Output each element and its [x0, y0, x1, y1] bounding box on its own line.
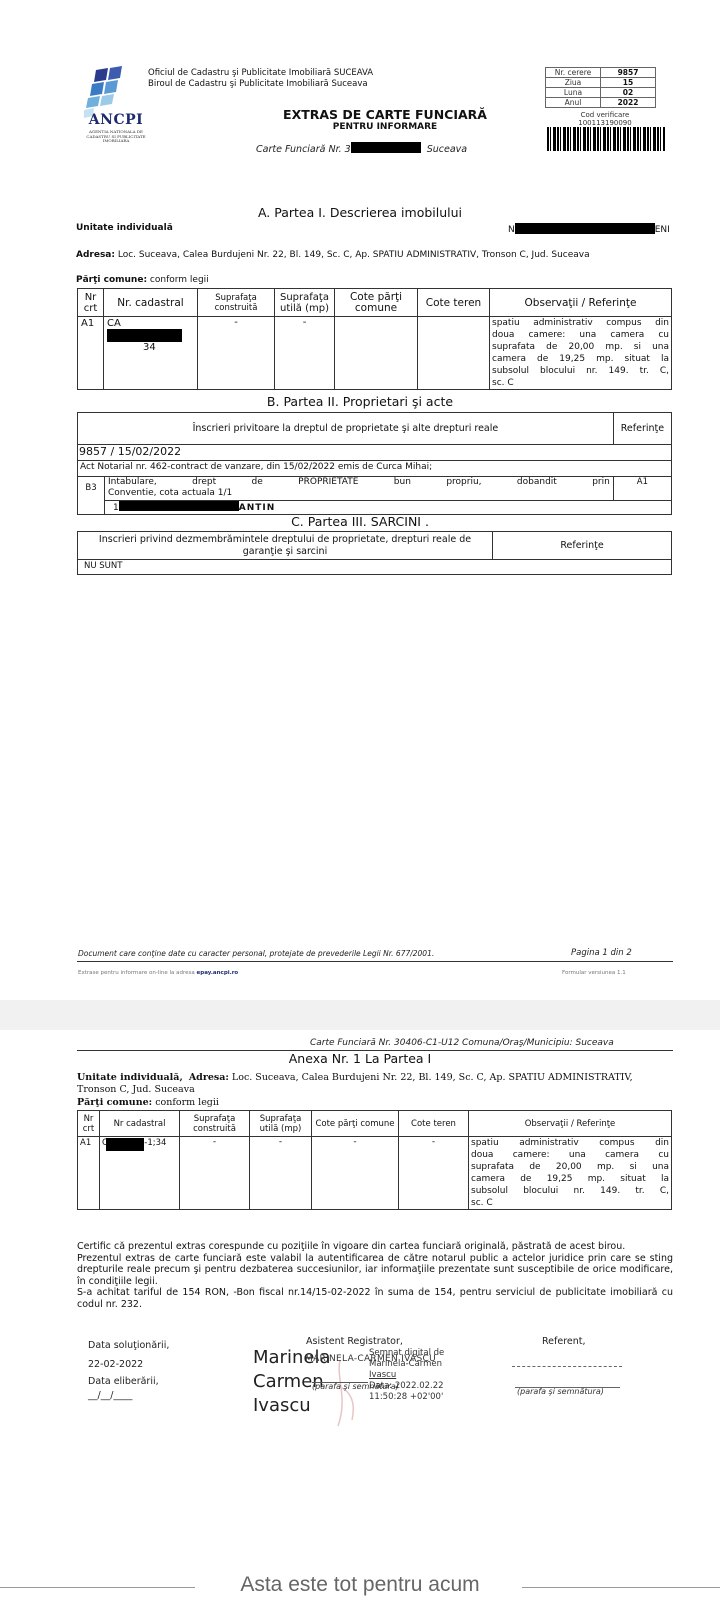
part-a-table: Nr crt Nr. cadastral Suprafaţa construit…: [77, 288, 672, 390]
obs-line: subsolul blocului nr. 149. tr. C,: [490, 365, 671, 377]
cell-cadastral: CA 34: [104, 317, 198, 390]
certification-text: Certific că prezentul extras corespunde …: [77, 1241, 673, 1310]
col-header: Nr. cadastral: [104, 289, 198, 317]
stamp-line: Ivascu: [369, 1370, 444, 1381]
obs-line: camera de 19,25 mp. situat la: [469, 1173, 671, 1185]
req-value: 2022: [601, 98, 656, 108]
cf-header: Carte Funciară Nr. 30406-C1-U12 Comuna/O…: [310, 1038, 614, 1048]
entry-ref: A1: [613, 477, 671, 501]
col-header: Suprafaţa construită: [180, 1111, 250, 1137]
redaction-bar: [515, 223, 655, 234]
cf-number-line: Carte Funciară Nr. 3Suceava: [256, 142, 467, 155]
unit-label: Unitate individuală,: [77, 1072, 183, 1083]
address-label: Adresa:: [76, 250, 115, 260]
office-line-2: Biroul de Cadastru şi Publicitate Imobil…: [148, 79, 373, 90]
cell-cadastral: CAD-1;34: [100, 1137, 180, 1210]
stamp-line: 11:50:28 +02'00': [369, 1392, 444, 1403]
ancpi-logo-mark-icon: [84, 66, 128, 118]
banner-text: Asta este tot pentru acum: [0, 1573, 720, 1597]
certify-paragraph: Certific că prezentul extras corespunde …: [77, 1241, 673, 1253]
logo-text: ANCPI: [78, 112, 154, 128]
part-c-table: Inscrieri privind dezmembrămintele drept…: [77, 531, 672, 575]
cell-nr: A1: [78, 1137, 100, 1210]
privacy-note: Document care conţine date cu caracter p…: [78, 949, 434, 958]
notarial-act: Act Notarial nr. 462-contract de vanzare…: [78, 461, 672, 477]
referent-line-1: [512, 1366, 622, 1367]
data-solutionarii-label: Data soluţionării,: [88, 1336, 169, 1355]
common-label: Părţi comune:: [76, 275, 147, 285]
cadastral-suffix: 34: [107, 342, 194, 353]
cell-cote-teren: [418, 317, 490, 390]
entry-id: B3: [78, 477, 105, 515]
req-key: Anul: [546, 98, 601, 108]
validity-paragraph: Prezentul extras de carte funciară este …: [77, 1253, 673, 1288]
document-subtitle: PENTRU INFORMARE: [240, 122, 530, 132]
request-info-table: Nr. cerere9857 Ziua15 Luna02 Anul2022: [545, 67, 656, 108]
part-b-title: B. Partea II. Proprietari şi acte: [0, 394, 720, 409]
payment-paragraph: S-a achitat tariful de 154 RON, -Bon fis…: [77, 1287, 673, 1310]
epay-link[interactable]: epay.ancpi.ro: [197, 970, 239, 976]
req-value: 15: [601, 78, 656, 88]
common-value: conform legii: [155, 1097, 219, 1108]
col-refs: Referinţe: [613, 413, 671, 445]
cell-cote-parti: [335, 317, 418, 390]
barcode: [547, 127, 665, 151]
data-eliberarii-value: __/__/____: [88, 1390, 169, 1402]
table-row: A1 CAD-1;34 - - - - spatiu administrativ…: [78, 1137, 672, 1210]
cf-prefix: Carte Funciară Nr. 3: [256, 144, 351, 155]
document-title: EXTRAS DE CARTE FUNCIARĂ: [240, 107, 530, 122]
col-header: Suprafaţa construită: [198, 289, 275, 317]
redaction-bar: [351, 142, 421, 153]
cadastral-suffix: -1;34: [144, 1138, 166, 1148]
redaction-bar: [107, 329, 182, 342]
part-b-table: Înscrieri privitoare la dreptul de propr…: [77, 412, 672, 515]
col-header: Nr cadastral: [100, 1111, 180, 1137]
cursive-line: Ivascu: [253, 1394, 330, 1418]
obs-line: suprafata de 20,00 mp. si una: [490, 341, 671, 353]
req-value: 9857: [601, 68, 656, 78]
registration-number: 9857 / 15/02/2022: [78, 445, 672, 461]
entry-text: Intabulare, drept de PROPRIETATE bun pro…: [105, 477, 614, 501]
table-row: A1 CA 34 - - spatiu administrativ compus…: [78, 317, 672, 390]
entry-line-2: Conventie, cota actuala 1/1: [108, 488, 610, 499]
col-header: Suprafaţa utilă (mp): [275, 289, 335, 317]
online-info: Extrase pentru informare on-line la adre…: [78, 970, 238, 976]
unit-label: Unitate individuală: [76, 223, 173, 233]
redaction-bar: [106, 1138, 144, 1151]
owner-row: 1ANTIN: [105, 501, 672, 515]
owner-redacted: NENI: [508, 223, 670, 235]
common-label: Părţi comune:: [77, 1097, 152, 1108]
common-parts: Părţi comune: conform legii: [77, 1097, 219, 1108]
req-key: Nr. cerere: [546, 68, 601, 78]
page-number: Pagina 1 din 2: [571, 948, 632, 958]
page-separator: [0, 1000, 720, 1030]
col-header: Cote părţi comune: [312, 1111, 399, 1137]
obs-line: suprafata de 20,00 mp. si una: [469, 1161, 671, 1173]
cell-cote-teren: -: [399, 1137, 469, 1210]
data-solutionarii-value: 22-02-2022: [88, 1355, 169, 1374]
address-value: Loc. Suceava, Calea Burdujeni Nr. 22, Bl…: [118, 250, 590, 260]
owner-prefix: N: [508, 225, 515, 235]
col-header: Nr crt: [78, 1111, 100, 1137]
cell-sup-constr: -: [180, 1137, 250, 1210]
col-header: Observaţii / Referinţe: [469, 1111, 672, 1137]
col-entries: Înscrieri privitoare la dreptul de propr…: [78, 413, 614, 445]
col-header: Observaţii / Referinţe: [490, 289, 672, 317]
logo-subtitle: AGENTIA NATIONALA DE CADASTRU SI PUBLICI…: [78, 130, 154, 144]
cell-observatii: spatiu administrativ compus din doua cam…: [490, 317, 672, 390]
col-header: Cote părţi comune: [335, 289, 418, 317]
data-eliberarii-label: Data eliberării,: [88, 1374, 169, 1390]
obs-line: subsolul blocului nr. 149. tr. C,: [469, 1185, 671, 1197]
obs-line: spatiu administrativ compus din: [490, 317, 671, 329]
form-version: Formular versiunea 1.1: [562, 970, 626, 976]
redaction-bar: [119, 501, 239, 511]
req-key: Ziua: [546, 78, 601, 88]
cadastral-prefix: CA: [107, 318, 121, 329]
common-parts: Părţi comune: conform legii: [76, 275, 209, 285]
req-value: 02: [601, 88, 656, 98]
cod-value: 100113190090: [545, 119, 665, 127]
office-names: Oficiul de Cadastru şi Publicitate Imobi…: [148, 68, 373, 90]
req-key: Luna: [546, 88, 601, 98]
cell-cote-parti: -: [312, 1137, 399, 1210]
col-header: Nr crt: [78, 289, 104, 317]
office-line-1: Oficiul de Cadastru şi Publicitate Imobi…: [148, 68, 373, 79]
col-header: Cote teren: [399, 1111, 469, 1137]
address: Adresa: Loc. Suceava, Calea Burdujeni Nr…: [76, 250, 676, 261]
stamp-line: Data: 2022.02.22: [369, 1381, 444, 1392]
cf-suffix: Suceava: [427, 144, 467, 155]
footer-divider: [77, 961, 673, 962]
obs-line: sc. C: [490, 377, 671, 389]
sarcini-value: NU SUNT: [78, 560, 672, 575]
col-header: Suprafaţa utilă (mp): [250, 1111, 312, 1137]
digital-signature-stamp: Semnat digital de Marinela-Carmen Ivascu…: [369, 1348, 444, 1403]
part-c-title: C. Partea III. SARCINI .: [0, 514, 720, 529]
entry-line-1: Intabulare, drept de PROPRIETATE bun pro…: [108, 477, 610, 488]
ancpi-logo: ANCPI AGENTIA NATIONALA DE CADASTRU SI P…: [78, 66, 154, 142]
obs-line: doua camere: una camera cu: [490, 329, 671, 341]
cell-sup-util: -: [275, 317, 335, 390]
col-entries: Inscrieri privind dezmembrămintele drept…: [78, 532, 493, 560]
address-label: Adresa:: [189, 1072, 229, 1083]
annex-table: Nr crt Nr cadastral Suprafaţa construită…: [77, 1110, 672, 1210]
stamp-line: Marinela-Carmen: [369, 1359, 444, 1370]
cell-observatii: spatiu administrativ compus din doua cam…: [469, 1137, 672, 1210]
owner-suffix: ANTIN: [239, 503, 276, 513]
col-header: Cote teren: [418, 289, 490, 317]
cell-sup-util: -: [250, 1137, 312, 1210]
referent-parafa: (parafa şi semnătura): [517, 1387, 604, 1396]
online-prefix: Extrase pentru informare on-line la adre…: [78, 970, 195, 976]
table-row: B3 Intabulare, drept de PROPRIETATE bun …: [78, 477, 672, 501]
annex-address: Unitate individuală, Adresa: Loc. Suceav…: [77, 1072, 673, 1096]
obs-line: doua camere: una camera cu: [469, 1149, 671, 1161]
verification-code: Cod verificare 100113190090: [545, 111, 665, 127]
obs-line: sc. C: [469, 1197, 671, 1209]
annex-title: Anexa Nr. 1 La Partea I: [0, 1051, 720, 1066]
document-page-2: Carte Funciară Nr. 30406-C1-U12 Comuna/O…: [0, 1030, 720, 1600]
part-a-title: A. Partea I. Descrierea imobilului: [0, 205, 720, 220]
cell-sup-constr: -: [198, 317, 275, 390]
cod-label: Cod verificare: [545, 111, 665, 119]
common-value: conform legii: [150, 275, 209, 285]
owner-suffix: ENI: [655, 225, 670, 235]
col-refs: Referinţe: [493, 532, 672, 560]
obs-line: spatiu administrativ compus din: [469, 1137, 671, 1149]
stamp-line: Semnat digital de: [369, 1348, 444, 1359]
end-of-content-banner: Asta este tot pentru acum: [0, 1572, 720, 1600]
referent-label: Referent,: [542, 1336, 586, 1347]
cell-nr: A1: [78, 317, 104, 390]
dates-block: Data soluţionării, 22-02-2022 Data elibe…: [88, 1336, 169, 1402]
obs-line: camera de 19,25 mp. situat la: [490, 353, 671, 365]
document-page-1: ANCPI AGENTIA NATIONALA DE CADASTRU SI P…: [0, 0, 720, 1000]
